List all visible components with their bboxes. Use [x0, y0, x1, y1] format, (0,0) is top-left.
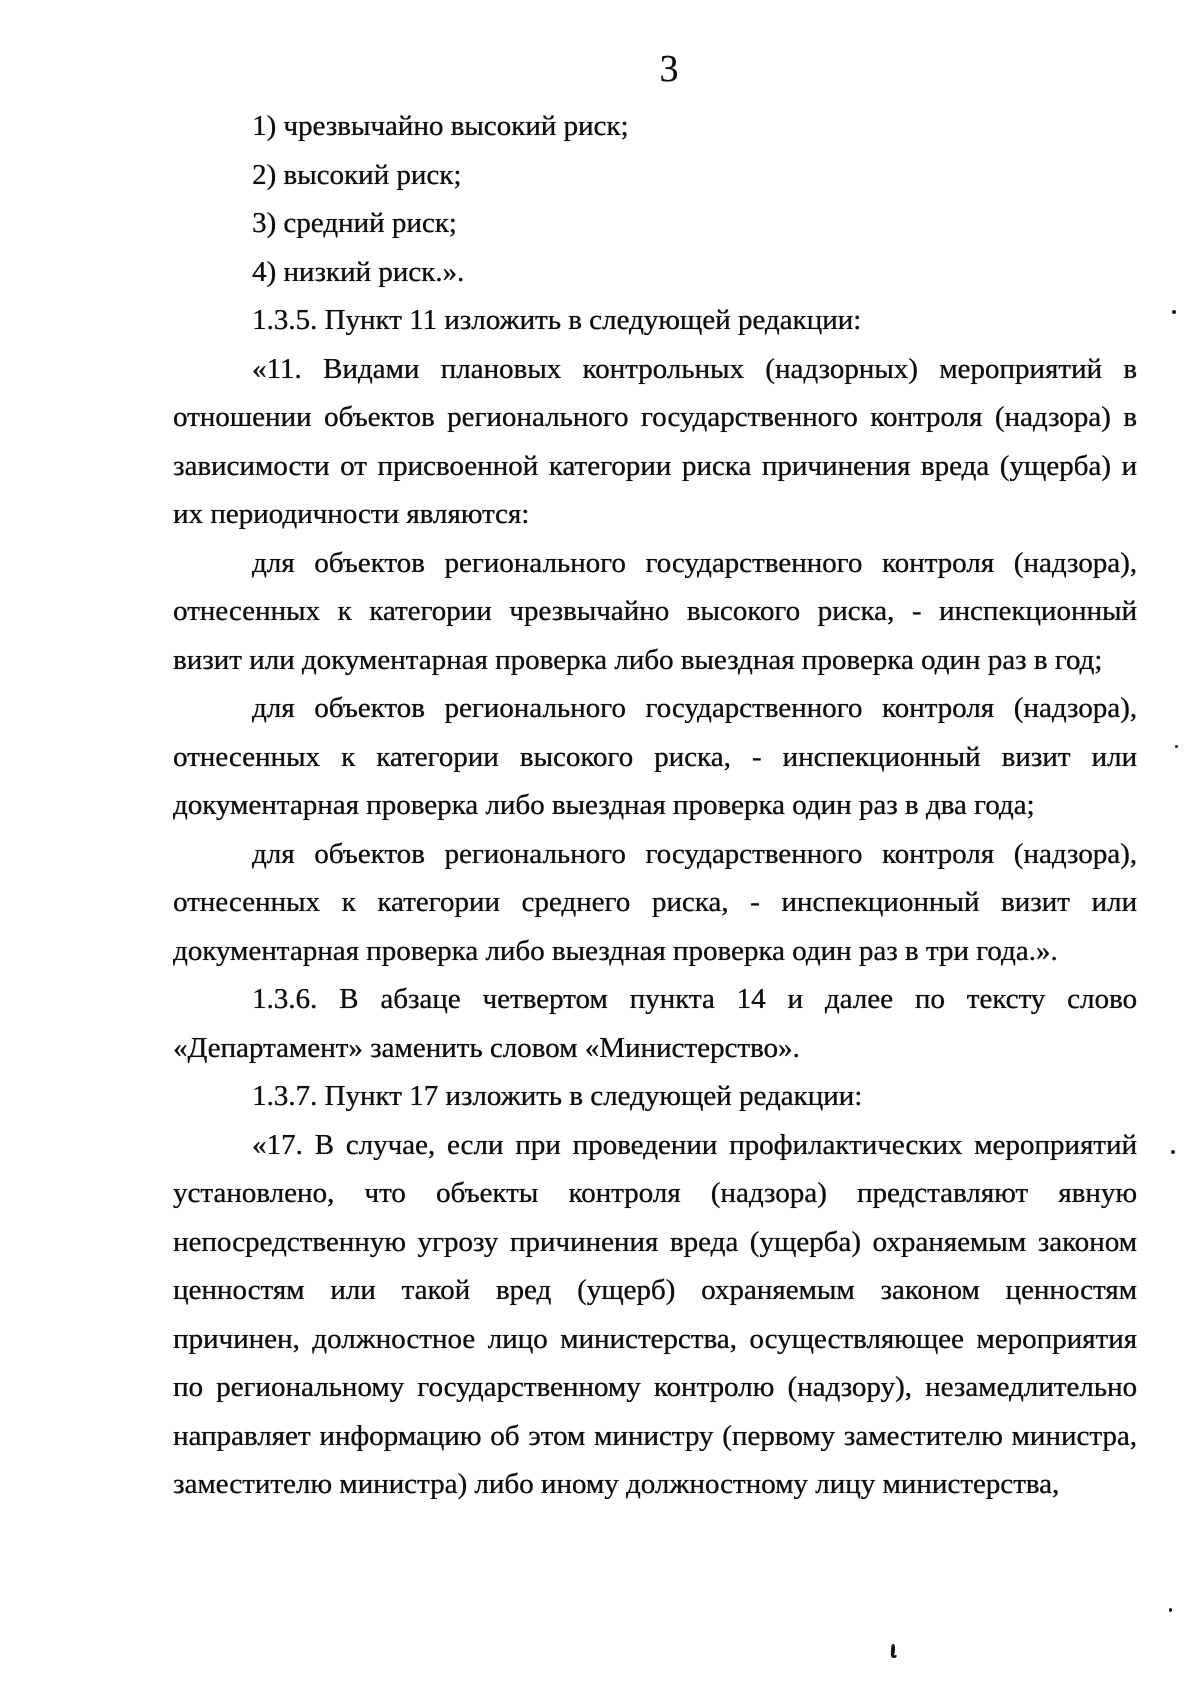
- scan-speck: [1172, 310, 1176, 314]
- text-line: по региональному государственному контро…: [173, 1363, 1137, 1412]
- rule-extremely-high-risk: для объектов регионального государственн…: [173, 539, 1137, 685]
- clause-11-intro: «11. Видами плановых контрольных (надзор…: [173, 345, 1137, 539]
- text-line: отнесенных к категории среднего риска, -…: [173, 878, 1137, 927]
- page-number: 3: [173, 50, 1137, 88]
- text-line: документарная проверка либо выездная про…: [173, 927, 1137, 976]
- clause-1-3-5: 1.3.5. Пункт 11 изложить в следующей ред…: [173, 296, 1137, 345]
- text-line: 1.3.6. В абзаце четвертом пункта 14 и да…: [173, 975, 1137, 1024]
- text-line: для объектов регионального государственн…: [173, 684, 1137, 733]
- text-line: непосредственную угрозу причинения вреда…: [173, 1218, 1137, 1267]
- clause-1-3-7: 1.3.7. Пункт 17 изложить в следующей ред…: [173, 1072, 1137, 1121]
- text-line: 4) низкий риск.».: [173, 248, 1137, 297]
- text-line: 2) высокий риск;: [173, 151, 1137, 200]
- text-line: ценностям или такой вред (ущерб) охраняе…: [173, 1266, 1137, 1315]
- text-line: установлено, что объекты контроля (надзо…: [173, 1169, 1137, 1218]
- text-line: для объектов регионального государственн…: [173, 830, 1137, 879]
- text-line: документарная проверка либо выездная про…: [173, 781, 1137, 830]
- text-line: направляет информацию об этом министру (…: [173, 1412, 1137, 1461]
- text-line: отнесенных к категории чрезвычайно высок…: [173, 587, 1137, 636]
- list-item-risk-1: 1) чрезвычайно высокий риск;: [173, 102, 1137, 151]
- text-line: «17. В случае, если при проведении профи…: [173, 1121, 1137, 1170]
- list-item-risk-2: 2) высокий риск;: [173, 151, 1137, 200]
- text-line: 1) чрезвычайно высокий риск;: [173, 102, 1137, 151]
- text-line: 1.3.5. Пункт 11 изложить в следующей ред…: [173, 296, 1137, 345]
- list-item-risk-4: 4) низкий риск.».: [173, 248, 1137, 297]
- text-line: зависимости от присвоенной категории рис…: [173, 442, 1137, 491]
- scan-speck: [1169, 1608, 1172, 1612]
- text-line: заместителю министра) либо иному должнос…: [173, 1460, 1137, 1509]
- rule-medium-risk: для объектов регионального государственн…: [173, 830, 1137, 976]
- text-line: отнесенных к категории высокого риска, -…: [173, 733, 1137, 782]
- text-line: 3) средний риск;: [173, 199, 1137, 248]
- scan-ink-artifact: [891, 1644, 896, 1657]
- text-line: «11. Видами плановых контрольных (надзор…: [173, 345, 1137, 394]
- text-line: для объектов регионального государственн…: [173, 539, 1137, 588]
- text-line: 1.3.7. Пункт 17 изложить в следующей ред…: [173, 1072, 1137, 1121]
- clause-17: «17. В случае, если при проведении профи…: [173, 1121, 1137, 1509]
- text-line: их периодичности являются:: [173, 490, 1137, 539]
- list-item-risk-3: 3) средний риск;: [173, 199, 1137, 248]
- scanned-document-page: 3 1) чрезвычайно высокий риск; 2) высоки…: [0, 0, 1200, 1705]
- text-line: отношении объектов регионального государ…: [173, 393, 1137, 442]
- clause-1-3-6: 1.3.6. В абзаце четвертом пункта 14 и да…: [173, 975, 1137, 1072]
- text-line: «Департамент» заменить словом «Министерс…: [173, 1024, 1137, 1073]
- text-line: визит или документарная проверка либо вы…: [173, 636, 1137, 685]
- document-body: 1) чрезвычайно высокий риск; 2) высокий …: [173, 102, 1137, 1509]
- scan-speck: [1171, 1150, 1175, 1154]
- rule-high-risk: для объектов регионального государственн…: [173, 684, 1137, 830]
- text-line: причинен, должностное лицо министерства,…: [173, 1315, 1137, 1364]
- scan-speck: [1175, 745, 1178, 748]
